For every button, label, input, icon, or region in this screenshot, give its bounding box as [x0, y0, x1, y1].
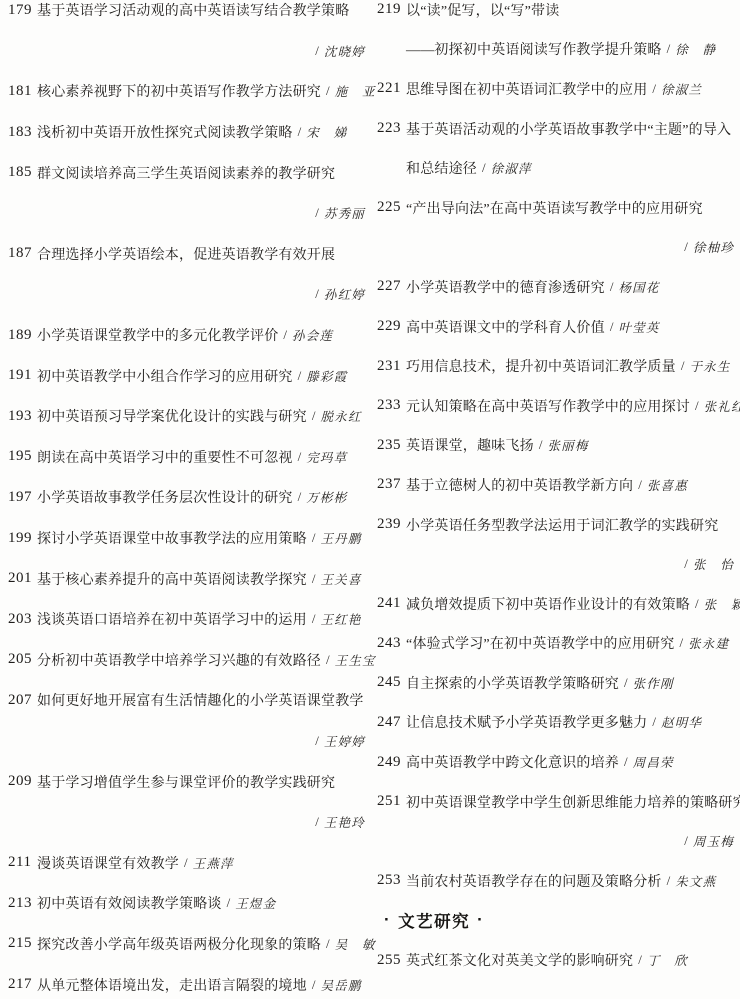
toc-entry-223-continuation: 和总结途径/徐淑萍 [377, 148, 737, 188]
toc-entry-207-author-line: /王婷婷 [8, 721, 368, 762]
toc-entry-193: 193初中英语预习导学案优化设计的实践与研究/脱永红 [8, 396, 368, 437]
entry-page-number: 209 [8, 773, 37, 790]
toc-entry-241: 241减负增效提质下初中英语作业设计的有效策略/张 颖 [377, 584, 737, 624]
entry-title: 当前农村英语教学存在的问题及策略分析 [406, 871, 662, 891]
entry-separator: / [667, 41, 671, 57]
toc-entry-179: 179基于英语学习活动观的高中英语读写结合教学策略 [8, 0, 368, 31]
entry-page-number: 249 [377, 754, 406, 771]
entry-page-number: 193 [8, 408, 37, 425]
entry-separator: / [610, 319, 614, 335]
toc-column-left: 179基于英语学习活动观的高中英语读写结合教学策略/沈晓婷181核心素养视野下的… [8, 0, 368, 999]
toc-entry-211: 211漫谈英语课堂有效教学/王燕萍 [8, 842, 368, 883]
entry-page-number: 211 [8, 854, 37, 871]
entry-title: 自主探索的小学英语教学策略研究 [406, 673, 619, 693]
toc-entry-185-author-line: /苏秀丽 [8, 193, 368, 234]
entry-separator: / [315, 205, 319, 221]
entry-page-number: 213 [8, 895, 37, 912]
entry-page-number: 227 [377, 278, 406, 295]
entry-page-number: 201 [8, 570, 37, 587]
toc-entry-221: 221思维导图在初中英语词汇教学中的应用/徐淑兰 [377, 69, 737, 109]
entry-separator: / [610, 279, 614, 295]
entry-separator: / [652, 714, 656, 730]
entry-author: 完玛草 [306, 448, 347, 466]
toc-entry-181: 181核心素养视野下的初中英语写作教学方法研究/施 亚 [8, 71, 368, 112]
toc-entry-243: 243“体验式学习”在初中英语教学中的应用研究/张永建 [377, 624, 737, 664]
entry-page-number: 187 [8, 245, 37, 262]
toc-entry-205: 205分析初中英语教学中培养学习兴趣的有效路径/王生宝 [8, 640, 368, 681]
entry-title: 英语课堂，趣味飞扬 [406, 435, 534, 455]
entry-page-number: 223 [377, 120, 406, 137]
toc-entry-227: 227小学英语教学中的德育渗透研究/杨国花 [377, 267, 737, 307]
entry-page-number: 229 [377, 318, 406, 335]
entry-author: 孙红婷 [324, 285, 365, 303]
entry-author: 王艳玲 [324, 813, 365, 831]
entry-title: 从单元整体语境出发，走出语言隔裂的境地 [37, 975, 307, 995]
entry-title: 让信息技术赋予小学英语教学更多魅力 [406, 712, 647, 732]
entry-separator: / [482, 160, 486, 176]
toc-entry-217: 217从单元整体语境出发，走出语言隔裂的境地/吴岳鹏 [8, 964, 368, 999]
section-dot-left: · [384, 910, 391, 930]
entry-author: 滕彩霞 [306, 367, 347, 385]
entry-author: 赵明华 [661, 713, 702, 731]
entry-page-number: 231 [377, 358, 406, 375]
entry-page-number: 255 [377, 952, 406, 969]
entry-page-number: 203 [8, 611, 37, 628]
entry-author: 苏秀丽 [324, 204, 365, 222]
toc-entry-233: 233元认知策略在高中英语写作教学中的应用探讨/张礼红 [377, 386, 737, 426]
entry-title: 朗读在高中英语学习中的重要性不可忽视 [37, 447, 293, 467]
toc-page: 179基于英语学习活动观的高中英语读写结合教学策略/沈晓婷181核心素养视野下的… [0, 0, 740, 999]
entry-page-number: 233 [377, 397, 406, 414]
entry-title: 基于学习增值学生参与课堂评价的教学实践研究 [37, 772, 335, 792]
entry-title: “产出导向法”在高中英语读写教学中的应用研究 [406, 198, 703, 218]
toc-entry-229: 229高中英语课文中的学科育人价值/叶莹英 [377, 307, 737, 347]
entry-author: 张丽梅 [547, 436, 588, 454]
entry-separator: / [298, 449, 302, 465]
entry-title: 浅谈英语口语培养在初中英语学习中的运用 [37, 609, 307, 629]
entry-page-number: 181 [8, 83, 37, 100]
entry-title: 小学英语任务型教学法运用于词汇教学的实践研究 [406, 515, 718, 535]
entry-title: 分析初中英语教学中培养学习兴趣的有效路径 [37, 650, 321, 670]
entry-author: 丁 欣 [647, 951, 688, 969]
toc-entry-219-continuation: ——初探初中英语阅读写作教学提升策略/徐 静 [377, 30, 737, 70]
entry-separator: / [684, 556, 688, 572]
entry-author: 张 怡 [693, 555, 734, 573]
entry-author: 王红艳 [320, 610, 361, 628]
entry-title: 探究改善小学高年级英语两极分化现象的策略 [37, 934, 321, 954]
entry-separator: / [298, 124, 302, 140]
entry-page-number: 199 [8, 530, 37, 547]
entry-title: 英式红茶文化对英美文学的影响研究 [406, 950, 633, 970]
entry-author: 脱永红 [320, 407, 361, 425]
entry-title: “体验式学习”在初中英语教学中的应用研究 [406, 633, 674, 653]
toc-entry-235: 235英语课堂，趣味飞扬/张丽梅 [377, 426, 737, 466]
toc-entry-219: 219以“读”促写，以“写”带读 [377, 0, 737, 30]
entry-page-number: 241 [377, 595, 406, 612]
entry-separator: / [312, 408, 316, 424]
entry-separator: / [312, 611, 316, 627]
entry-author: 周昌荣 [633, 753, 674, 771]
entry-page-number: 219 [377, 1, 406, 18]
entry-separator: / [298, 489, 302, 505]
entry-separator: / [315, 286, 319, 302]
entry-separator: / [312, 571, 316, 587]
section-header: ·文艺研究· [377, 901, 737, 941]
entry-page-number: 185 [8, 164, 37, 181]
entry-separator: / [638, 477, 642, 493]
entry-separator: / [681, 358, 685, 374]
toc-entry-209: 209基于学习增值学生参与课堂评价的教学实践研究 [8, 761, 368, 802]
entry-title: 核心素养视野下的初中英语写作教学方法研究 [37, 81, 321, 101]
entry-page-number: 243 [377, 635, 406, 652]
toc-entry-191: 191初中英语教学中小组合作学习的应用研究/滕彩霞 [8, 355, 368, 396]
entry-separator: / [315, 733, 319, 749]
entry-separator: / [667, 873, 671, 889]
entry-author: 万彬彬 [306, 488, 347, 506]
entry-separator: / [652, 81, 656, 97]
entry-author: 吴 敏 [335, 935, 376, 953]
entry-author: 张礼红 [704, 397, 740, 415]
entry-author: 杨国花 [618, 278, 659, 296]
entry-title: 小学英语故事教学任务层次性设计的研究 [37, 487, 293, 507]
entry-separator: / [624, 675, 628, 691]
entry-separator: / [312, 530, 316, 546]
entry-author: 于永生 [689, 357, 730, 375]
entry-separator: / [184, 855, 188, 871]
entry-page-number: 215 [8, 935, 37, 952]
toc-entry-247: 247让信息技术赋予小学英语教学更多魅力/赵明华 [377, 703, 737, 743]
entry-title: 基于核心素养提升的高中英语阅读教学探究 [37, 569, 307, 589]
entry-page-number: 189 [8, 327, 37, 344]
entry-author: 张作刚 [633, 674, 674, 692]
entry-author: 叶莹英 [618, 318, 659, 336]
entry-author: 王丹鹏 [320, 529, 361, 547]
entry-title: 初中英语有效阅读教学策略谈 [37, 893, 222, 913]
entry-page-number: 221 [377, 80, 406, 97]
toc-entry-225-author-line: /徐柚珍 [377, 228, 737, 268]
entry-separator: / [695, 596, 699, 612]
entry-author: 朱文燕 [675, 872, 716, 890]
entry-page-number: 235 [377, 437, 406, 454]
entry-page-number: 217 [8, 976, 37, 993]
toc-entry-251: 251初中英语课堂教学中学生创新思维能力培养的策略研究 [377, 782, 737, 822]
entry-title: 基于英语学习活动观的高中英语读写结合教学策略 [37, 0, 349, 20]
entry-separator: / [684, 239, 688, 255]
toc-entry-213: 213初中英语有效阅读教学策略谈/王煜金 [8, 883, 368, 924]
entry-page-number: 251 [377, 793, 406, 810]
entry-title: 初中英语教学中小组合作学习的应用研究 [37, 366, 293, 386]
toc-entry-249: 249高中英语教学中跨文化意识的培养/周昌荣 [377, 742, 737, 782]
entry-page-number: 179 [8, 2, 37, 19]
toc-entry-187-author-line: /孙红婷 [8, 274, 368, 315]
entry-separator: / [684, 833, 688, 849]
toc-entry-215: 215探究改善小学高年级英语两极分化现象的策略/吴 敏 [8, 924, 368, 965]
entry-author: 施 亚 [335, 82, 376, 100]
toc-entry-189: 189小学英语课堂教学中的多元化教学评价/孙会莲 [8, 315, 368, 356]
entry-author: 王关喜 [320, 570, 361, 588]
entry-title: 基于立德树人的初中英语教学新方向 [406, 475, 633, 495]
entry-separator: / [283, 327, 287, 343]
entry-page-number: 237 [377, 476, 406, 493]
entry-separator: / [679, 635, 683, 651]
entry-page-number: 197 [8, 489, 37, 506]
toc-entry-207: 207如何更好地开展富有生活情趣化的小学英语课堂教学 [8, 680, 368, 721]
entry-page-number: 183 [8, 124, 37, 141]
entry-page-number: 191 [8, 367, 37, 384]
toc-entry-187: 187合理选择小学英语绘本，促进英语教学有效开展 [8, 234, 368, 275]
toc-entry-239-author-line: /张 怡 [377, 544, 737, 584]
entry-author: 王燕萍 [193, 854, 234, 872]
toc-entry-251-author-line: /周玉梅 [377, 821, 737, 861]
entry-author: 沈晓婷 [324, 42, 365, 60]
entry-title: 减负增效提质下初中英语作业设计的有效策略 [406, 594, 690, 614]
entry-page-number: 207 [8, 692, 37, 709]
entry-separator: / [624, 754, 628, 770]
entry-title: 巧用信息技术，提升初中英语词汇教学质量 [406, 356, 676, 376]
entry-title: 基于英语活动观的小学英语故事教学中“主题”的导入 [406, 119, 731, 139]
entry-title: 思维导图在初中英语词汇教学中的应用 [406, 79, 647, 99]
toc-entry-197: 197小学英语故事教学任务层次性设计的研究/万彬彬 [8, 477, 368, 518]
entry-author: 吴岳鹏 [320, 976, 361, 994]
entry-author: 张永建 [688, 634, 729, 652]
toc-entry-239: 239小学英语任务型教学法运用于词汇教学的实践研究 [377, 505, 737, 545]
entry-title: 浅析初中英语开放性探究式阅读教学策略 [37, 122, 293, 142]
entry-separator: / [539, 437, 543, 453]
entry-author: 徐淑兰 [661, 80, 702, 98]
entry-title: 高中英语教学中跨文化意识的培养 [406, 752, 619, 772]
entry-author: 张 颖 [704, 595, 740, 613]
toc-entry-253: 253当前农村英语教学存在的问题及策略分析/朱文燕 [377, 861, 737, 901]
toc-column-right: 219以“读”促写，以“写”带读——初探初中英语阅读写作教学提升策略/徐 静22… [377, 0, 737, 980]
entry-separator: / [227, 895, 231, 911]
entry-title: 合理选择小学英语绘本，促进英语教学有效开展 [37, 244, 335, 264]
entry-page-number: 253 [377, 872, 406, 889]
entry-page-number: 245 [377, 674, 406, 691]
entry-separator: / [326, 652, 330, 668]
entry-author: 王生宝 [335, 651, 376, 669]
section-title: 文艺研究 [398, 908, 470, 932]
entry-page-number: 247 [377, 714, 406, 731]
entry-title: 群文阅读培养高三学生英语阅读素养的教学研究 [37, 163, 335, 183]
entry-separator: / [315, 814, 319, 830]
section-dot-right: · [477, 910, 484, 930]
entry-title: 初中英语预习导学案优化设计的实践与研究 [37, 406, 307, 426]
entry-author: 孙会莲 [292, 326, 333, 344]
entry-author: 张喜惠 [647, 476, 688, 494]
entry-title-continuation: 和总结途径 [406, 158, 477, 178]
toc-entry-245: 245自主探索的小学英语教学策略研究/张作刚 [377, 663, 737, 703]
entry-author: 徐柚珍 [693, 238, 734, 256]
entry-separator: / [326, 83, 330, 99]
entry-title-continuation: ——初探初中英语阅读写作教学提升策略 [406, 39, 662, 59]
toc-entry-201: 201基于核心素养提升的高中英语阅读教学探究/王关喜 [8, 558, 368, 599]
entry-separator: / [695, 398, 699, 414]
toc-entry-209-author-line: /王艳玲 [8, 802, 368, 843]
toc-entry-231: 231巧用信息技术，提升初中英语词汇教学质量/于永生 [377, 346, 737, 386]
entry-title: 小学英语课堂教学中的多元化教学评价 [37, 325, 278, 345]
entry-title: 小学英语教学中的德育渗透研究 [406, 277, 605, 297]
entry-title: 探讨小学英语课堂中故事教学法的应用策略 [37, 528, 307, 548]
entry-author: 周玉梅 [693, 832, 734, 850]
toc-entry-185: 185群文阅读培养高三学生英语阅读素养的教学研究 [8, 152, 368, 193]
entry-page-number: 239 [377, 516, 406, 533]
toc-entry-195: 195朗读在高中英语学习中的重要性不可忽视/完玛草 [8, 437, 368, 478]
entry-title: 以“读”促写，以“写”带读 [406, 0, 559, 20]
entry-separator: / [312, 977, 316, 993]
entry-title: 高中英语课文中的学科育人价值 [406, 317, 605, 337]
entry-author: 王煜金 [235, 894, 276, 912]
entry-title: 元认知策略在高中英语写作教学中的应用探讨 [406, 396, 690, 416]
toc-entry-199: 199探讨小学英语课堂中故事教学法的应用策略/王丹鹏 [8, 518, 368, 559]
entry-author: 宋 娣 [306, 123, 347, 141]
entry-title: 初中英语课堂教学中学生创新思维能力培养的策略研究 [406, 792, 740, 812]
entry-separator: / [326, 936, 330, 952]
entry-author: 王婷婷 [324, 732, 365, 750]
entry-title: 漫谈英语课堂有效教学 [37, 853, 179, 873]
toc-entry-225: 225“产出导向法”在高中英语读写教学中的应用研究 [377, 188, 737, 228]
toc-entry-223: 223基于英语活动观的小学英语故事教学中“主题”的导入 [377, 109, 737, 149]
entry-separator: / [298, 368, 302, 384]
toc-entry-255: 255英式红茶文化对英美文学的影响研究/丁 欣 [377, 940, 737, 980]
toc-entry-179-author-line: /沈晓婷 [8, 31, 368, 72]
entry-page-number: 195 [8, 448, 37, 465]
entry-page-number: 205 [8, 651, 37, 668]
entry-separator: / [315, 43, 319, 59]
entry-title: 如何更好地开展富有生活情趣化的小学英语课堂教学 [37, 690, 364, 710]
entry-author: 徐 静 [675, 40, 716, 58]
toc-entry-203: 203浅谈英语口语培养在初中英语学习中的运用/王红艳 [8, 599, 368, 640]
entry-author: 徐淑萍 [491, 159, 532, 177]
entry-separator: / [638, 952, 642, 968]
toc-entry-183: 183浅析初中英语开放性探究式阅读教学策略/宋 娣 [8, 112, 368, 153]
toc-entry-237: 237基于立德树人的初中英语教学新方向/张喜惠 [377, 465, 737, 505]
entry-page-number: 225 [377, 199, 406, 216]
